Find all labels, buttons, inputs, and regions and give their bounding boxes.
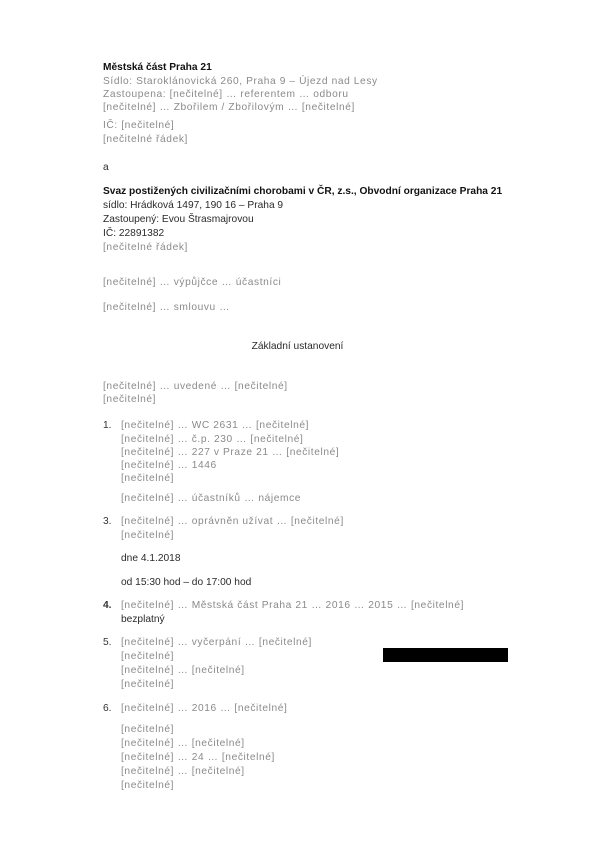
item-line: [nečitelné] … WC 2631 … [nečitelné] — [121, 420, 309, 432]
item-subline: [nečitelné] … 24 … [nečitelné] — [121, 752, 275, 764]
item-number: 1. — [103, 420, 112, 431]
item-line: [nečitelné] … č.p. 230 … [nečitelné] — [121, 434, 303, 446]
item-line: [nečitelné] — [121, 473, 174, 485]
item-line: [nečitelné] … oprávněn užívat … [nečitel… — [121, 516, 344, 528]
item-subline: [nečitelné] … účastníků … nájemce — [121, 493, 301, 505]
party2-id: IČ: 22891382 — [103, 228, 164, 240]
item-line: [nečitelné] … 2016 … [nečitelné] — [121, 703, 287, 715]
section-title: Základní ustanovení — [0, 341, 595, 353]
event-date: dne 4.1.2018 — [121, 553, 180, 565]
party1-line: [nečitelné řádek] — [103, 134, 188, 146]
preamble-line: [nečitelné] — [103, 394, 156, 406]
item-number: 5. — [103, 637, 112, 648]
event-time: od 15:30 hod – do 17:00 hod — [121, 577, 251, 589]
item-number: 6. — [103, 703, 112, 714]
intro-line: [nečitelné] … smlouvu … — [103, 302, 230, 314]
document-page: Městská část Praha 21 Sídlo: Staroklánov… — [0, 0, 595, 841]
party1-line: [nečitelné] … Zbořilem / Zbořilovým … [n… — [103, 102, 355, 114]
redaction-block — [383, 648, 508, 662]
item-line: [nečitelné] — [121, 651, 174, 663]
item-subline: [nečitelné] — [121, 724, 174, 736]
item-line: [nečitelné] — [121, 530, 174, 542]
party1-name: Městská část Praha 21 — [103, 62, 212, 74]
item-line: [nečitelné] … [nečitelné] — [121, 665, 245, 677]
item-line: [nečitelné] … 1446 — [121, 460, 217, 472]
item-number: 4. — [103, 600, 112, 611]
free-of-charge: bezplatný — [121, 614, 165, 626]
item-subline: [nečitelné] — [121, 780, 174, 792]
item-subline: [nečitelné] … [nečitelné] — [121, 738, 245, 750]
preamble-line: [nečitelné] … uvedené … [nečitelné] — [103, 381, 288, 393]
party1-line: Sídlo: Staroklánovická 260, Praha 9 – Új… — [103, 76, 378, 88]
party2-address: sídlo: Hrádková 1497, 190 16 – Praha 9 — [103, 200, 283, 212]
item-line: [nečitelné] … 227 v Praze 21 … [nečiteln… — [121, 447, 339, 459]
party2-line: [nečitelné řádek] — [103, 242, 188, 254]
item-number: 3. — [103, 516, 112, 527]
item-line: [nečitelné] … vyčerpání … [nečitelné] — [121, 637, 312, 649]
party2-representative: Zastoupený: Evou Štrasmajrovou — [103, 214, 254, 226]
conjunction: a — [103, 162, 109, 174]
party1-id: IČ: [nečitelné] — [103, 120, 174, 132]
party2-name: Svaz postižených civilizačními chorobami… — [103, 186, 502, 198]
intro-line: [nečitelné] … výpůjčce … účastníci — [103, 277, 281, 289]
item-subline: [nečitelné] … [nečitelné] — [121, 766, 245, 778]
party1-line: Zastoupena: [nečitelné] … referentem … o… — [103, 89, 349, 101]
item-line: [nečitelné] — [121, 679, 174, 691]
item-line: [nečitelné] … Městská část Praha 21 … 20… — [121, 600, 464, 612]
